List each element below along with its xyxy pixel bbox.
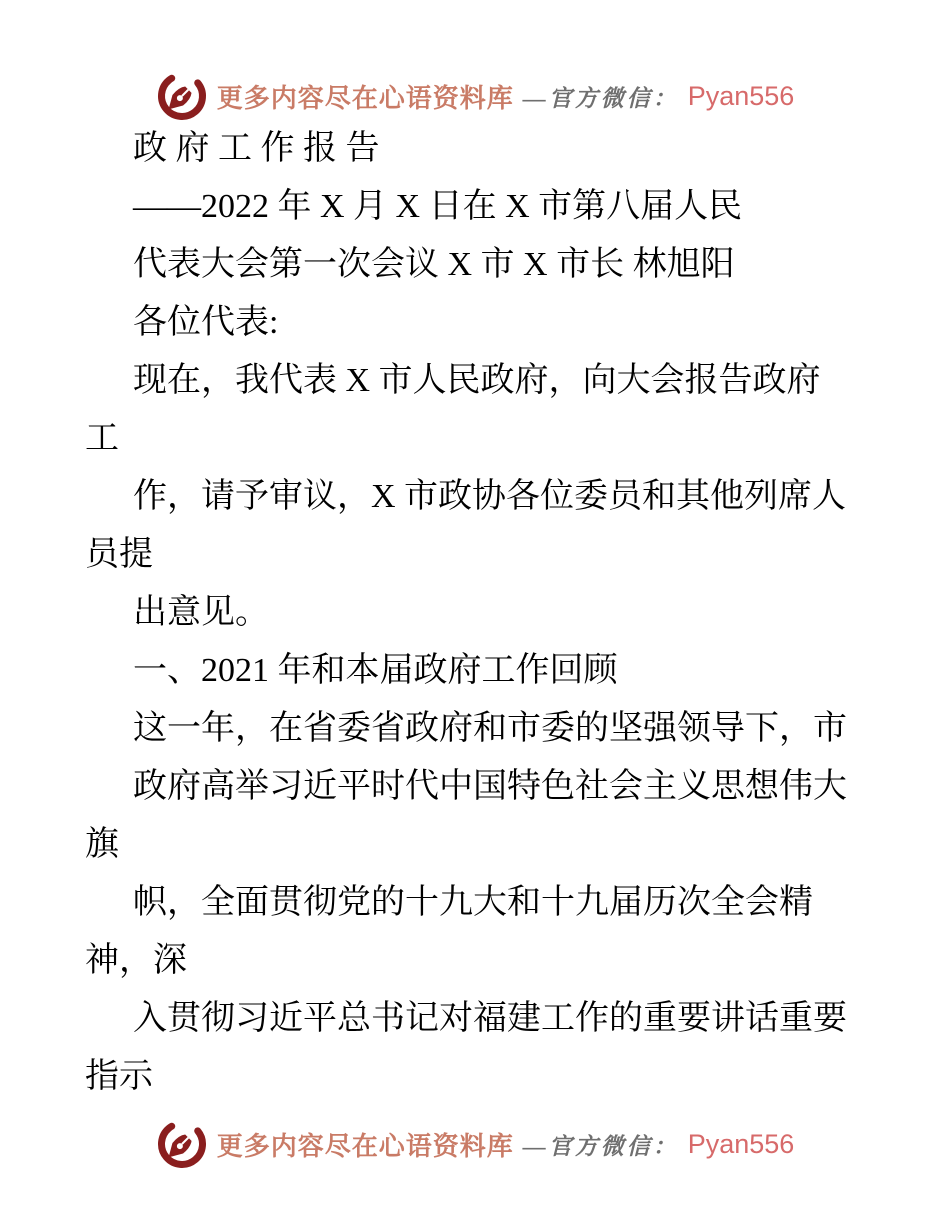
watermark-separator: — bbox=[523, 1134, 549, 1159]
document-line: 员提 bbox=[85, 526, 950, 584]
document-line: 政府高举习近平时代中国特色社会主义思想伟大 bbox=[133, 758, 950, 816]
document-subtitle-line: ——2022 年 X 月 X 日在 X 市第八届人民 bbox=[133, 178, 950, 236]
watermark-header: 更多内容尽在心语资料库 —官方微信： Pyan556 bbox=[0, 70, 950, 122]
document-line: 帜，全面贯彻党的十九大和十九届历次全会精 bbox=[133, 874, 950, 932]
document-page: 更多内容尽在心语资料库 —官方微信： Pyan556 政 府 工 作 报 告 —… bbox=[0, 0, 950, 1230]
watermark-channel-label: —官方微信： bbox=[523, 1128, 679, 1161]
watermark-channel-value: Pyan556 bbox=[688, 81, 795, 112]
watermark-channel-label: —官方微信： bbox=[523, 80, 679, 113]
pen-logo-icon bbox=[156, 1118, 208, 1170]
pen-logo-icon bbox=[156, 70, 208, 122]
document-line: 指示 bbox=[85, 1048, 950, 1106]
document-line: 神，深 bbox=[85, 932, 950, 990]
document-section-heading: 一、2021 年和本届政府工作回顾 bbox=[133, 642, 950, 700]
watermark-brand-text: 更多内容尽在心语资料库 bbox=[217, 78, 514, 115]
watermark-channel-value: Pyan556 bbox=[688, 1129, 795, 1160]
watermark-brand-text: 更多内容尽在心语资料库 bbox=[217, 1126, 514, 1163]
watermark-footer: 更多内容尽在心语资料库 —官方微信： Pyan556 bbox=[0, 1118, 950, 1170]
document-line: 代表大会第一次会议 X 市 X 市长 林旭阳 bbox=[133, 236, 950, 294]
document-line: 作，请予审议，X 市政协各位委员和其他列席人 bbox=[133, 468, 950, 526]
watermark-separator: — bbox=[523, 86, 549, 111]
document-line: 现在，我代表 X 市人民政府，向大会报告政府 bbox=[133, 352, 950, 410]
document-line: 各位代表: bbox=[133, 294, 950, 352]
document-line: 出意见。 bbox=[133, 584, 950, 642]
document-line: 这一年，在省委省政府和市委的坚强领导下，市 bbox=[133, 700, 950, 758]
document-line: 旗 bbox=[85, 816, 950, 874]
document-title-line: 政 府 工 作 报 告 bbox=[133, 120, 950, 178]
document-body: 政 府 工 作 报 告 ——2022 年 X 月 X 日在 X 市第八届人民 代… bbox=[0, 120, 950, 1106]
document-line: 工 bbox=[85, 410, 950, 468]
document-line: 入贯彻习近平总书记对福建工作的重要讲话重要 bbox=[133, 990, 950, 1048]
